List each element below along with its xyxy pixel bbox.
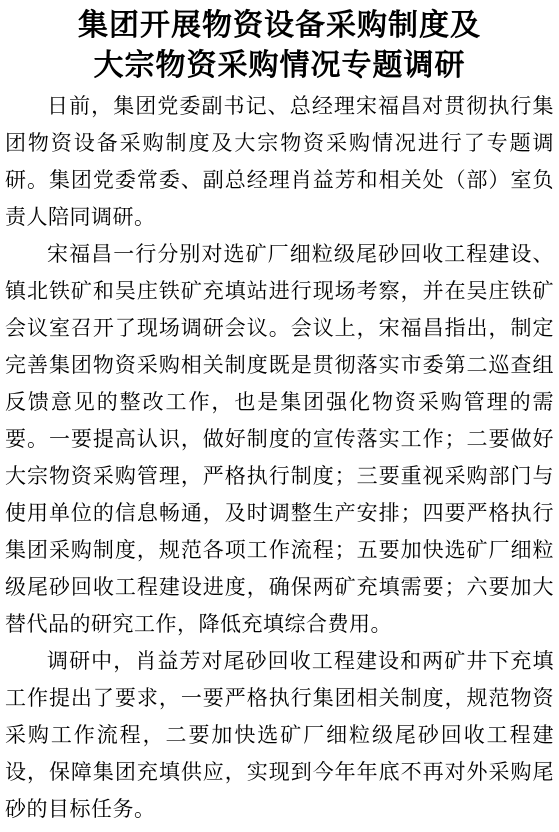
article-title-line-2: 大宗物资采购情况专题调研 [0,46,559,86]
article-title-line-1: 集团开展物资设备采购制度及 [0,6,559,46]
article-body: 日前，集团党委副书记、总经理宋福昌对贯彻执行集团物资设备采购制度及大宗物资采购情… [0,88,559,828]
article-title: 集团开展物资设备采购制度及 大宗物资采购情况专题调研 [0,6,559,86]
paragraph-1: 日前，集团党委副书记、总经理宋福昌对贯彻执行集团物资设备采购制度及大宗物资采购情… [5,88,554,236]
document-page: 集团开展物资设备采购制度及 大宗物资采购情况专题调研 日前，集团党委副书记、总经… [0,0,559,832]
paragraph-2: 宋福昌一行分别对选矿厂细粒级尾砂回收工程建设、镇北铁矿和吴庄铁矿充填站进行现场考… [5,236,554,643]
paragraph-3: 调研中，肖益芳对尾砂回收工程建设和两矿井下充填工作提出了要求，一要严格执行集团相… [5,643,554,828]
